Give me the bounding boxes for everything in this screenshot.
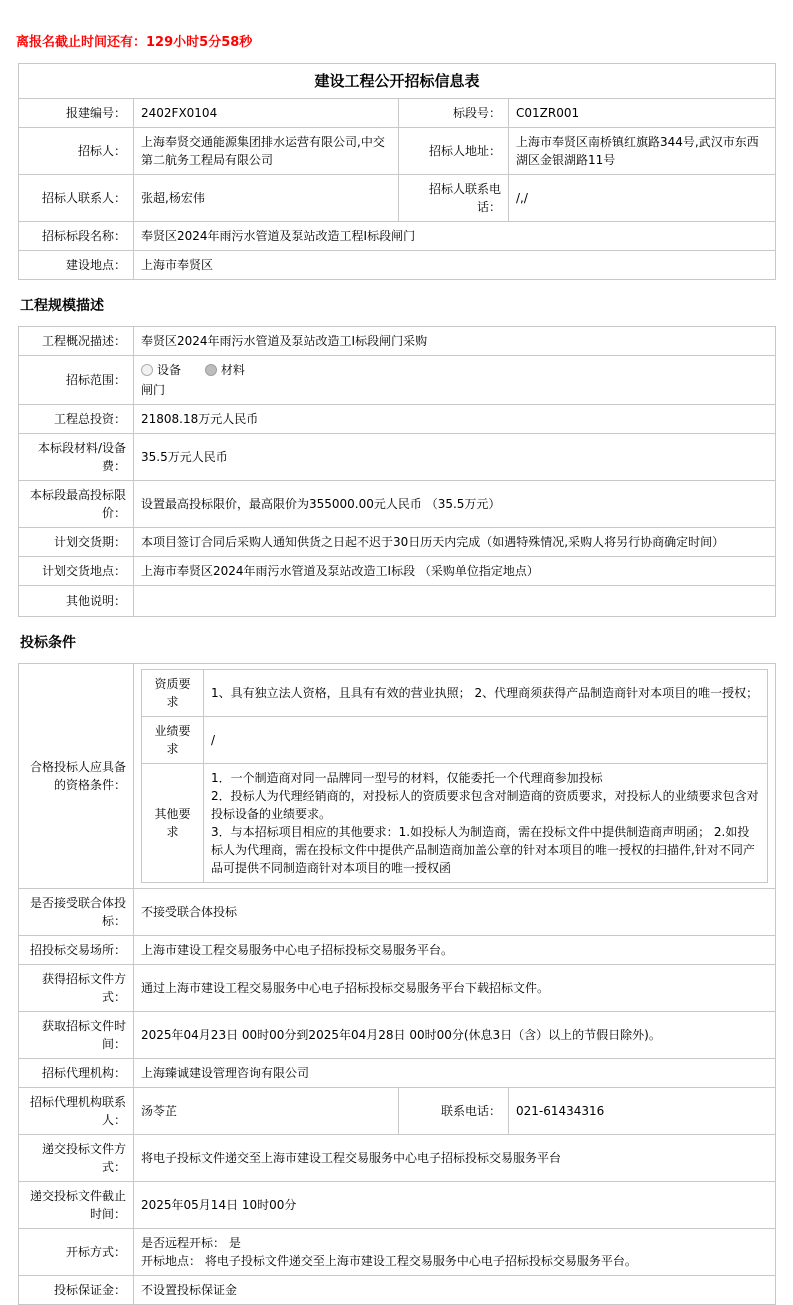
obtain-docs-time-label: 获取招标文件时间：	[19, 1012, 134, 1059]
table-row: 其他说明：	[19, 586, 776, 617]
performance-req-value: /	[204, 717, 768, 764]
delivery-period-label: 计划交货期：	[19, 528, 134, 557]
trading-venue-label: 招投标交易场所：	[19, 936, 134, 965]
tenderer-contact-label: 招标人联系人：	[19, 175, 134, 222]
consortium-bid-label: 是否接受联合体投标：	[19, 889, 134, 936]
table-row: 招标人联系人： 张超,杨宏伟 招标人联系电话： /,/	[19, 175, 776, 222]
table-row: 资质要求 1、具有独立法人资格，且具有有效的营业执照； 2、代理商须获得产品制造…	[142, 670, 768, 717]
tenderer-phone-value: /,/	[509, 175, 776, 222]
bid-bond-value: 不设置投标保证金	[134, 1276, 776, 1305]
countdown-label: 离报名截止时间还有：	[16, 35, 146, 50]
tenderer-address-label: 招标人地址：	[399, 128, 509, 175]
basic-info-table: 建设工程公开招标信息表 报建编号： 2402FX0104 标段号： C01ZR0…	[18, 63, 776, 280]
section-title-project-scale: 工程规模描述	[20, 295, 793, 315]
agency-phone-value: 021-61434316	[509, 1088, 776, 1135]
tenderer-contact-value: 张超,杨宏伟	[134, 175, 399, 222]
bid-conditions-table: 合格投标人应具备的资格条件： 资质要求 1、具有独立法人资格，且具有有效的营业执…	[18, 663, 776, 1305]
submit-deadline-label: 递交投标文件截止时间：	[19, 1182, 134, 1229]
table-row: 是否接受联合体投标： 不接受联合体投标	[19, 889, 776, 936]
registration-countdown: 离报名截止时间还有：129小时5分58秒	[0, 0, 793, 63]
agency-phone-label: 联系电话：	[399, 1088, 509, 1135]
tender-section-name-label: 招标标段名称：	[19, 222, 134, 251]
scope-option-material: 材料	[205, 361, 245, 379]
project-scale-table: 工程概况描述： 奉贤区2024年雨污水管道及泵站改造工Ⅰ标段闸门采购 招标范围：…	[18, 326, 776, 617]
project-overview-label: 工程概况描述：	[19, 327, 134, 356]
scope-option-equipment: 设备	[141, 361, 181, 379]
table-row: 本标段材料/设备费： 35.5万元人民币	[19, 434, 776, 481]
agency-contact-label: 招标代理机构联系人：	[19, 1088, 134, 1135]
performance-req-label: 业绩要求	[142, 717, 204, 764]
radio-selected-icon[interactable]	[205, 364, 217, 376]
table-row: 招标代理机构联系人： 汤苓芷 联系电话： 021-61434316	[19, 1088, 776, 1135]
tender-info-page: { "countdown": { "label": "离报名截止时间还有：", …	[0, 0, 793, 1305]
tender-scope-extra: 闸门	[141, 381, 768, 399]
other-req-label: 其他要求	[142, 764, 204, 883]
qualification-req-value: 1、具有独立法人资格，且具有有效的营业执照； 2、代理商须获得产品制造商针对本项…	[204, 670, 768, 717]
table-row: 获得招标文件方式： 通过上海市建设工程交易服务中心电子招标投标交易服务平台下载招…	[19, 965, 776, 1012]
tenderer-address-value: 上海市奉贤区南桥镇红旗路344号,武汉市东西湖区金银湖路11号	[509, 128, 776, 175]
reg-no-label: 报建编号：	[19, 99, 134, 128]
scope-option-material-label: 材料	[221, 363, 245, 377]
material-equipment-cost-label: 本标段材料/设备费：	[19, 434, 134, 481]
other-req-value: 1．一个制造商对同一品牌同一型号的材料，仅能委托一个代理商参加投标 2．投标人为…	[204, 764, 768, 883]
table-row: 投标保证金： 不设置投标保证金	[19, 1276, 776, 1305]
table-row: 工程概况描述： 奉贤区2024年雨污水管道及泵站改造工Ⅰ标段闸门采购	[19, 327, 776, 356]
table-row: 计划交货地点： 上海市奉贤区2024年雨污水管道及泵站改造工Ⅰ标段 （采购单位指…	[19, 557, 776, 586]
table-row: 招投标交易场所： 上海市建设工程交易服务中心电子招标投标交易服务平台。	[19, 936, 776, 965]
other-notes-value	[134, 586, 776, 617]
other-notes-label: 其他说明：	[19, 586, 134, 617]
construction-site-value: 上海市奉贤区	[134, 251, 776, 280]
bid-bond-label: 投标保证金：	[19, 1276, 134, 1305]
table-row: 递交投标文件截止时间： 2025年05月14日 10时00分	[19, 1182, 776, 1229]
table-row: 招标范围： 设备 材料 闸门	[19, 356, 776, 405]
tender-scope-value: 设备 材料 闸门	[134, 356, 776, 405]
qualification-conditions-cell: 资质要求 1、具有独立法人资格，且具有有效的营业执照； 2、代理商须获得产品制造…	[134, 664, 776, 889]
table-row: 招标代理机构： 上海臻诚建设管理咨询有限公司	[19, 1059, 776, 1088]
submit-docs-method-label: 递交投标文件方式：	[19, 1135, 134, 1182]
tenderer-phone-label: 招标人联系电话：	[399, 175, 509, 222]
delivery-place-label: 计划交货地点：	[19, 557, 134, 586]
table-row: 递交投标文件方式： 将电子投标文件递交至上海市建设工程交易服务中心电子招标投标交…	[19, 1135, 776, 1182]
tender-agency-label: 招标代理机构：	[19, 1059, 134, 1088]
total-investment-value: 21808.18万元人民币	[134, 405, 776, 434]
table-row: 报建编号： 2402FX0104 标段号： C01ZR001	[19, 99, 776, 128]
countdown-value: 129小时5分58秒	[146, 35, 252, 50]
section-no-value: C01ZR001	[509, 99, 776, 128]
radio-unselected-icon[interactable]	[141, 364, 153, 376]
table-row: 本标段最高投标限价： 设置最高投标限价，最高限价为355000.00元人民币 （…	[19, 481, 776, 528]
obtain-docs-method-label: 获得招标文件方式：	[19, 965, 134, 1012]
tender-agency-value: 上海臻诚建设管理咨询有限公司	[134, 1059, 776, 1088]
tenderer-label: 招标人：	[19, 128, 134, 175]
table-row: 招标人： 上海奉贤交通能源集团排水运营有限公司,中交第二航务工程局有限公司 招标…	[19, 128, 776, 175]
obtain-docs-time-value: 2025年04月23日 00时00分到2025年04月28日 00时00分(休息…	[134, 1012, 776, 1059]
submit-deadline-value: 2025年05月14日 10时00分	[134, 1182, 776, 1229]
tender-section-name-value: 奉贤区2024年雨污水管道及泵站改造工程Ⅰ标段闸门	[134, 222, 776, 251]
table-row: 合格投标人应具备的资格条件： 资质要求 1、具有独立法人资格，且具有有效的营业执…	[19, 664, 776, 889]
material-equipment-cost-value: 35.5万元人民币	[134, 434, 776, 481]
table-row: 招标标段名称： 奉贤区2024年雨污水管道及泵站改造工程Ⅰ标段闸门	[19, 222, 776, 251]
qualification-req-label: 资质要求	[142, 670, 204, 717]
table-title-row: 建设工程公开招标信息表	[19, 64, 776, 99]
tender-scope-options: 设备 材料	[141, 361, 768, 379]
max-bid-price-value: 设置最高投标限价，最高限价为355000.00元人民币 （35.5万元）	[134, 481, 776, 528]
obtain-docs-method-value: 通过上海市建设工程交易服务中心电子招标投标交易服务平台下载招标文件。	[134, 965, 776, 1012]
delivery-period-value: 本项目签订合同后采购人通知供货之日起不迟于30日历天内完成（如遇特殊情况,采购人…	[134, 528, 776, 557]
tenderer-value: 上海奉贤交通能源集团排水运营有限公司,中交第二航务工程局有限公司	[134, 128, 399, 175]
qualification-conditions-label: 合格投标人应具备的资格条件：	[19, 664, 134, 889]
table-row: 计划交货期： 本项目签订合同后采购人通知供货之日起不迟于30日历天内完成（如遇特…	[19, 528, 776, 557]
construction-site-label: 建设地点：	[19, 251, 134, 280]
consortium-bid-value: 不接受联合体投标	[134, 889, 776, 936]
section-no-label: 标段号：	[399, 99, 509, 128]
table-row: 工程总投资： 21808.18万元人民币	[19, 405, 776, 434]
bid-opening-method-value: 是否远程开标： 是 开标地点： 将电子投标文件递交至上海市建设工程交易服务中心电…	[134, 1229, 776, 1276]
table-row: 业绩要求 /	[142, 717, 768, 764]
submit-docs-method-value: 将电子投标文件递交至上海市建设工程交易服务中心电子招标投标交易服务平台	[134, 1135, 776, 1182]
trading-venue-value: 上海市建设工程交易服务中心电子招标投标交易服务平台。	[134, 936, 776, 965]
table-row: 建设地点： 上海市奉贤区	[19, 251, 776, 280]
qualification-nested-table: 资质要求 1、具有独立法人资格，且具有有效的营业执照； 2、代理商须获得产品制造…	[141, 669, 768, 883]
max-bid-price-label: 本标段最高投标限价：	[19, 481, 134, 528]
delivery-place-value: 上海市奉贤区2024年雨污水管道及泵站改造工Ⅰ标段 （采购单位指定地点）	[134, 557, 776, 586]
scope-option-equipment-label: 设备	[157, 363, 181, 377]
section-title-bid-conditions: 投标条件	[20, 632, 793, 652]
table-row: 开标方式： 是否远程开标： 是 开标地点： 将电子投标文件递交至上海市建设工程交…	[19, 1229, 776, 1276]
reg-no-value: 2402FX0104	[134, 99, 399, 128]
bid-opening-method-label: 开标方式：	[19, 1229, 134, 1276]
table-row: 获取招标文件时间： 2025年04月23日 00时00分到2025年04月28日…	[19, 1012, 776, 1059]
table-row: 其他要求 1．一个制造商对同一品牌同一型号的材料，仅能委托一个代理商参加投标 2…	[142, 764, 768, 883]
page-title: 建设工程公开招标信息表	[19, 64, 776, 99]
total-investment-label: 工程总投资：	[19, 405, 134, 434]
project-overview-value: 奉贤区2024年雨污水管道及泵站改造工Ⅰ标段闸门采购	[134, 327, 776, 356]
agency-contact-value: 汤苓芷	[134, 1088, 399, 1135]
tender-scope-label: 招标范围：	[19, 356, 134, 405]
